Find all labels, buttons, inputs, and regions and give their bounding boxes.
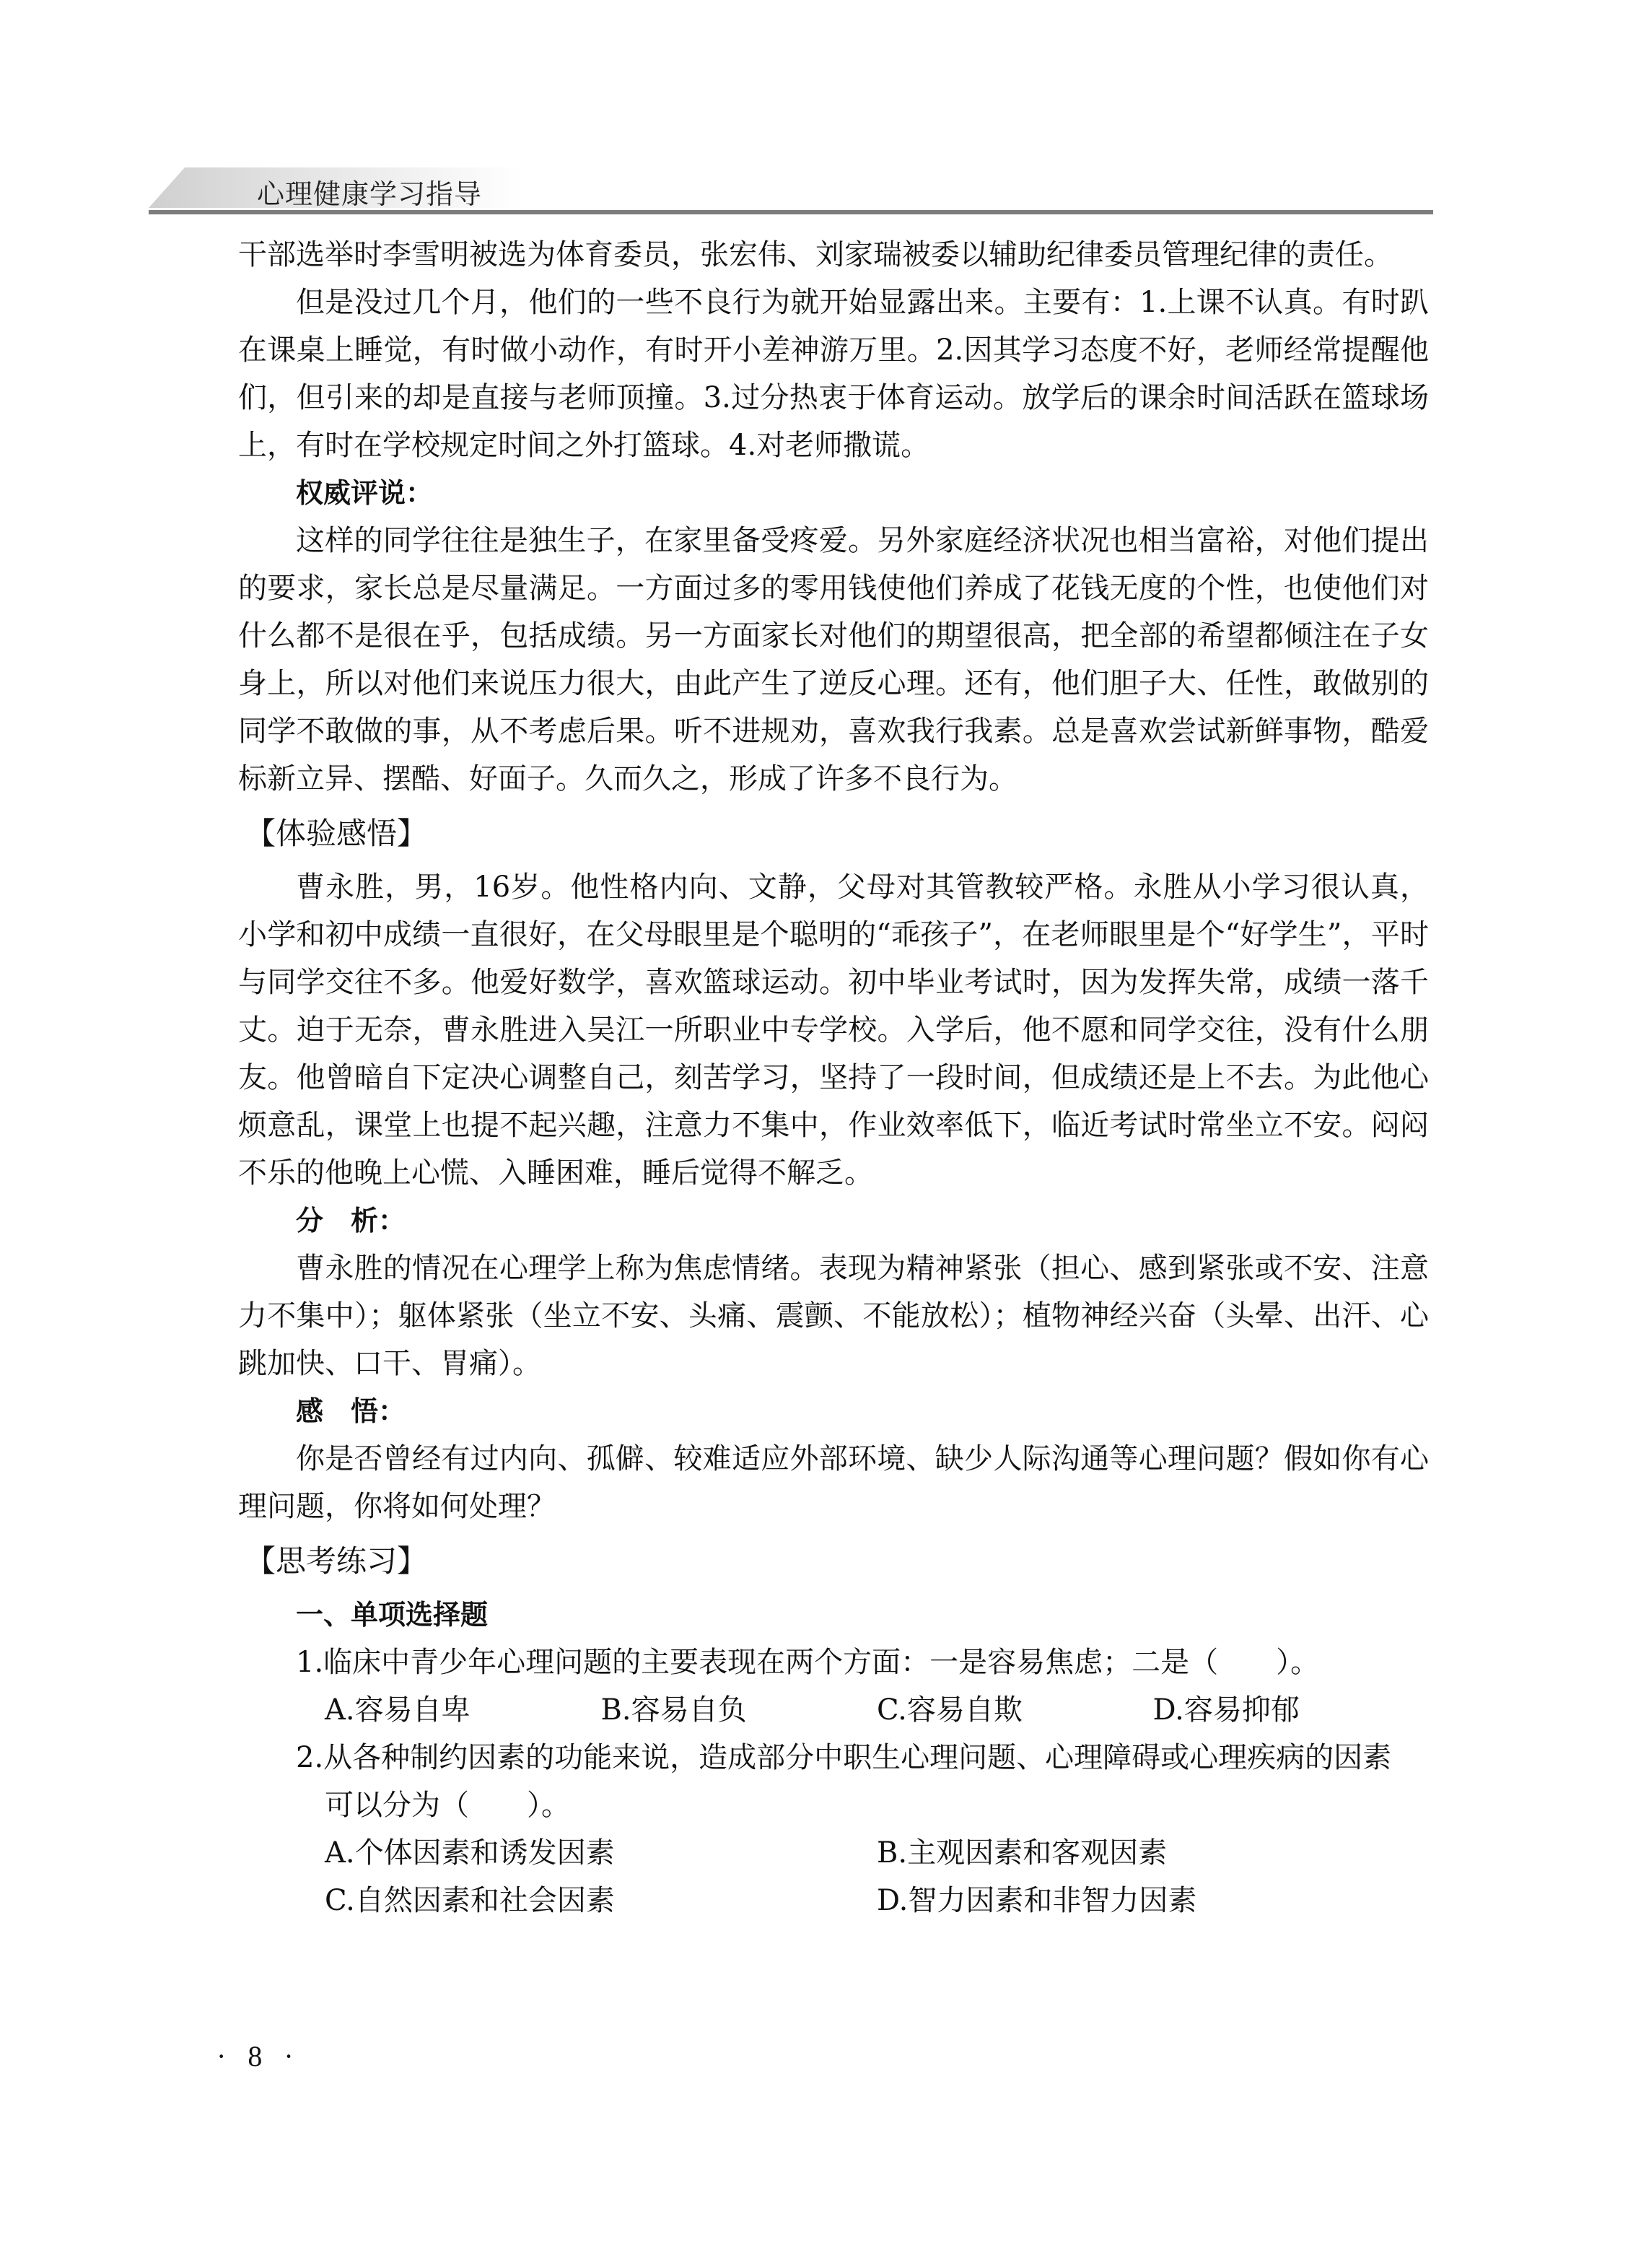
paragraph-case-study: 曹永胜，男，16岁。他性格内向、文静，父母对其管教较严格。永胜从小学习很认真，小… [238,863,1429,1197]
paragraph-insight: 你是否曾经有过内向、孤僻、较难适应外部环境、缺少人际沟通等心理问题？假如你有心理… [238,1435,1429,1530]
question-2-line-1: 2.从各种制约因素的功能来说，造成部分中职生心理问题、心理障碍或心理疾病的因素 [296,1741,1391,1774]
section-heading-exercise: 【思考练习】 [238,1535,1429,1588]
question-2-options-row-2: C.自然因素和社会因素 D.智力因素和非智力因素 [238,1877,1429,1924]
question-2: 2.从各种制约因素的功能来说，造成部分中职生心理问题、心理障碍或心理疾病的因素 … [238,1734,1429,1829]
question-2-options-row-1: A.个体因素和诱发因素 B.主观因素和客观因素 [238,1829,1429,1877]
question-2-line-2: 可以分为（ ）。 [296,1781,1429,1829]
option-a: A.个体因素和诱发因素 [325,1829,877,1877]
question-1: 1.临床中青少年心理问题的主要表现在两个方面：一是容易焦虑；二是（ ）。 [238,1639,1429,1686]
book-title: 心理健康学习指导 [257,172,482,211]
option-b: B.容易自负 [601,1686,878,1734]
option-d: D.容易抑郁 [1153,1686,1430,1734]
question-type-heading: 一、单项选择题 [238,1591,1429,1639]
option-b: B.主观因素和客观因素 [877,1829,1429,1877]
label-analysis: 分 析： [238,1197,1429,1244]
option-c: C.容易自欺 [877,1686,1153,1734]
option-c: C.自然因素和社会因素 [325,1877,877,1924]
paragraph-behaviors: 但是没过几个月，他们的一些不良行为就开始显露出来。主要有：1.上课不认真。有时趴… [238,279,1429,469]
section-heading-experience: 【体验感悟】 [238,807,1429,860]
paragraph-analysis: 曹永胜的情况在心理学上称为焦虑情绪。表现为精神紧张（担心、感到紧张或不安、注意力… [238,1244,1429,1387]
header-rule [149,210,1433,214]
label-insight: 感 悟： [238,1387,1429,1435]
paragraph-authority-comment: 这样的同学往往是独生子，在家里备受疼爱。另外家庭经济状况也相当富裕，对他们提出的… [238,517,1429,803]
running-header: 心理健康学习指导 [149,167,1433,218]
question-1-options: A.容易自卑 B.容易自负 C.容易自欺 D.容易抑郁 [238,1686,1429,1734]
paragraph-continued: 干部选举时李雪明被选为体育委员，张宏伟、刘家瑞被委以辅助纪律委员管理纪律的责任。 [238,231,1429,279]
label-authority-comment: 权威评说： [238,469,1429,517]
option-d: D.智力因素和非智力因素 [877,1877,1429,1924]
page-body: 干部选举时李雪明被选为体育委员，张宏伟、刘家瑞被委以辅助纪律委员管理纪律的责任。… [238,231,1429,1924]
page-number: · 8 · [216,2039,301,2073]
option-a: A.容易自卑 [325,1686,601,1734]
